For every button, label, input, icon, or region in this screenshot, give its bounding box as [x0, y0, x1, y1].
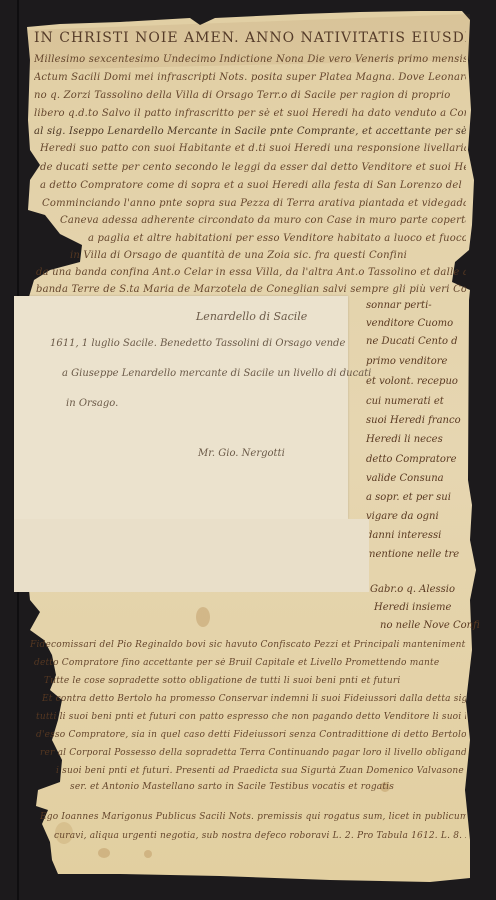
text-line: Millesimo sexcentesimo Undecimo Indictio… — [34, 54, 466, 65]
text-line: Tutte le cose sopradette sotto obligatio… — [44, 676, 400, 686]
slip-signature: Mr. Gio. Nergotti — [198, 448, 285, 459]
text-line: et volont. recepuo — [366, 376, 458, 387]
text-line: vigare da ogni — [366, 511, 439, 522]
text-line: cui numerati et — [366, 396, 444, 407]
text-line: danni interessi — [366, 530, 441, 541]
text-line: mentione nelle tre — [366, 549, 459, 560]
text-line: Heredi insieme — [374, 602, 451, 613]
signature-line: curavi, aliqua urgenti negotia, sub nost… — [54, 831, 466, 841]
text-line: no q. Zorzi Tassolino della Villa di Ors… — [34, 90, 450, 101]
text-line: a detto Compratore come di sopra et a su… — [40, 180, 466, 191]
water-stain — [144, 850, 152, 858]
text-line: Comminciando l'anno pnte sopra sua Pezza… — [42, 198, 466, 209]
text-line: de ducati sette per cento secondo le leg… — [40, 162, 466, 173]
archival-slip-lower — [14, 519, 369, 592]
text-line: Fidecomissari del Pio Reginaldo bovi sic… — [30, 640, 466, 650]
text-line: sonnar perti- — [366, 300, 432, 311]
text-line: valide Consuna — [366, 473, 444, 484]
text-line: al sig. Iseppo Lenardello Mercante in Sa… — [34, 126, 466, 137]
text-line: Heredi suo patto con suoi Habitante et d… — [40, 143, 466, 154]
slip-title: Lenardello di Sacile — [196, 310, 307, 323]
text-line: Et contra detto Bertolo ha promesso Cons… — [42, 694, 466, 704]
slip-line: a Giuseppe Lenardello mercante di Sacile… — [62, 368, 371, 379]
text-line: Gabr.o q. Alessio — [370, 584, 455, 595]
slip-line: 1611, 1 luglio Sacile. Benedetto Tassoli… — [50, 338, 345, 349]
text-line: ne Ducati Cento d — [366, 336, 458, 347]
text-line: i suoi beni pnti et futuri. Presenti ad … — [56, 766, 466, 776]
text-line: libero q.d.to Salvo il patto infrascritt… — [34, 108, 466, 119]
text-line: venditore Cuomo — [366, 318, 453, 329]
text-line: rer al Corporal Possesso della sopradett… — [40, 748, 466, 758]
slip-line: in Orsago. — [66, 398, 118, 409]
text-line: suoi Heredi franco — [366, 415, 461, 426]
archival-slip — [14, 296, 348, 519]
water-stain — [196, 607, 210, 627]
text-line: detto Compratore fino accettante per sè … — [34, 658, 439, 668]
text-line: Heredi li neces — [366, 434, 443, 445]
text-line: ser. et Antonio Mastellano sarto in Saci… — [70, 782, 394, 792]
text-line: tutti li suoi beni pnti et futuri con pa… — [36, 712, 466, 722]
signature-line: Ego Ioannes Marigonus Publicus Sacili No… — [40, 812, 466, 822]
text-line: a paglia et altre habitationi per esso V… — [88, 233, 466, 244]
text-line: banda Terre de S.ta Maria de Marzotela d… — [36, 284, 466, 295]
text-line: in Villa di Orsago de quantità de una Zo… — [70, 250, 407, 261]
text-line: detto Compratore — [366, 454, 457, 465]
text-line: Caneva adessa adherente circondato da mu… — [60, 215, 466, 226]
text-line: no nelle Nove Confi — [380, 620, 480, 631]
heading-line: IN CHRISTI NOIE AMEN. ANNO NATIVITATIS E… — [34, 30, 466, 46]
text-line: a sopr. et per sui — [366, 492, 451, 503]
text-line: Actum Sacili Domi mei infrascripti Nots.… — [34, 72, 466, 83]
text-line: d'esso Compratore, sia in quel caso dett… — [36, 730, 466, 740]
water-stain — [98, 848, 110, 858]
text-line: primo venditore — [366, 356, 447, 367]
text-line: da una banda confina Ant.o Celar in essa… — [36, 267, 466, 278]
